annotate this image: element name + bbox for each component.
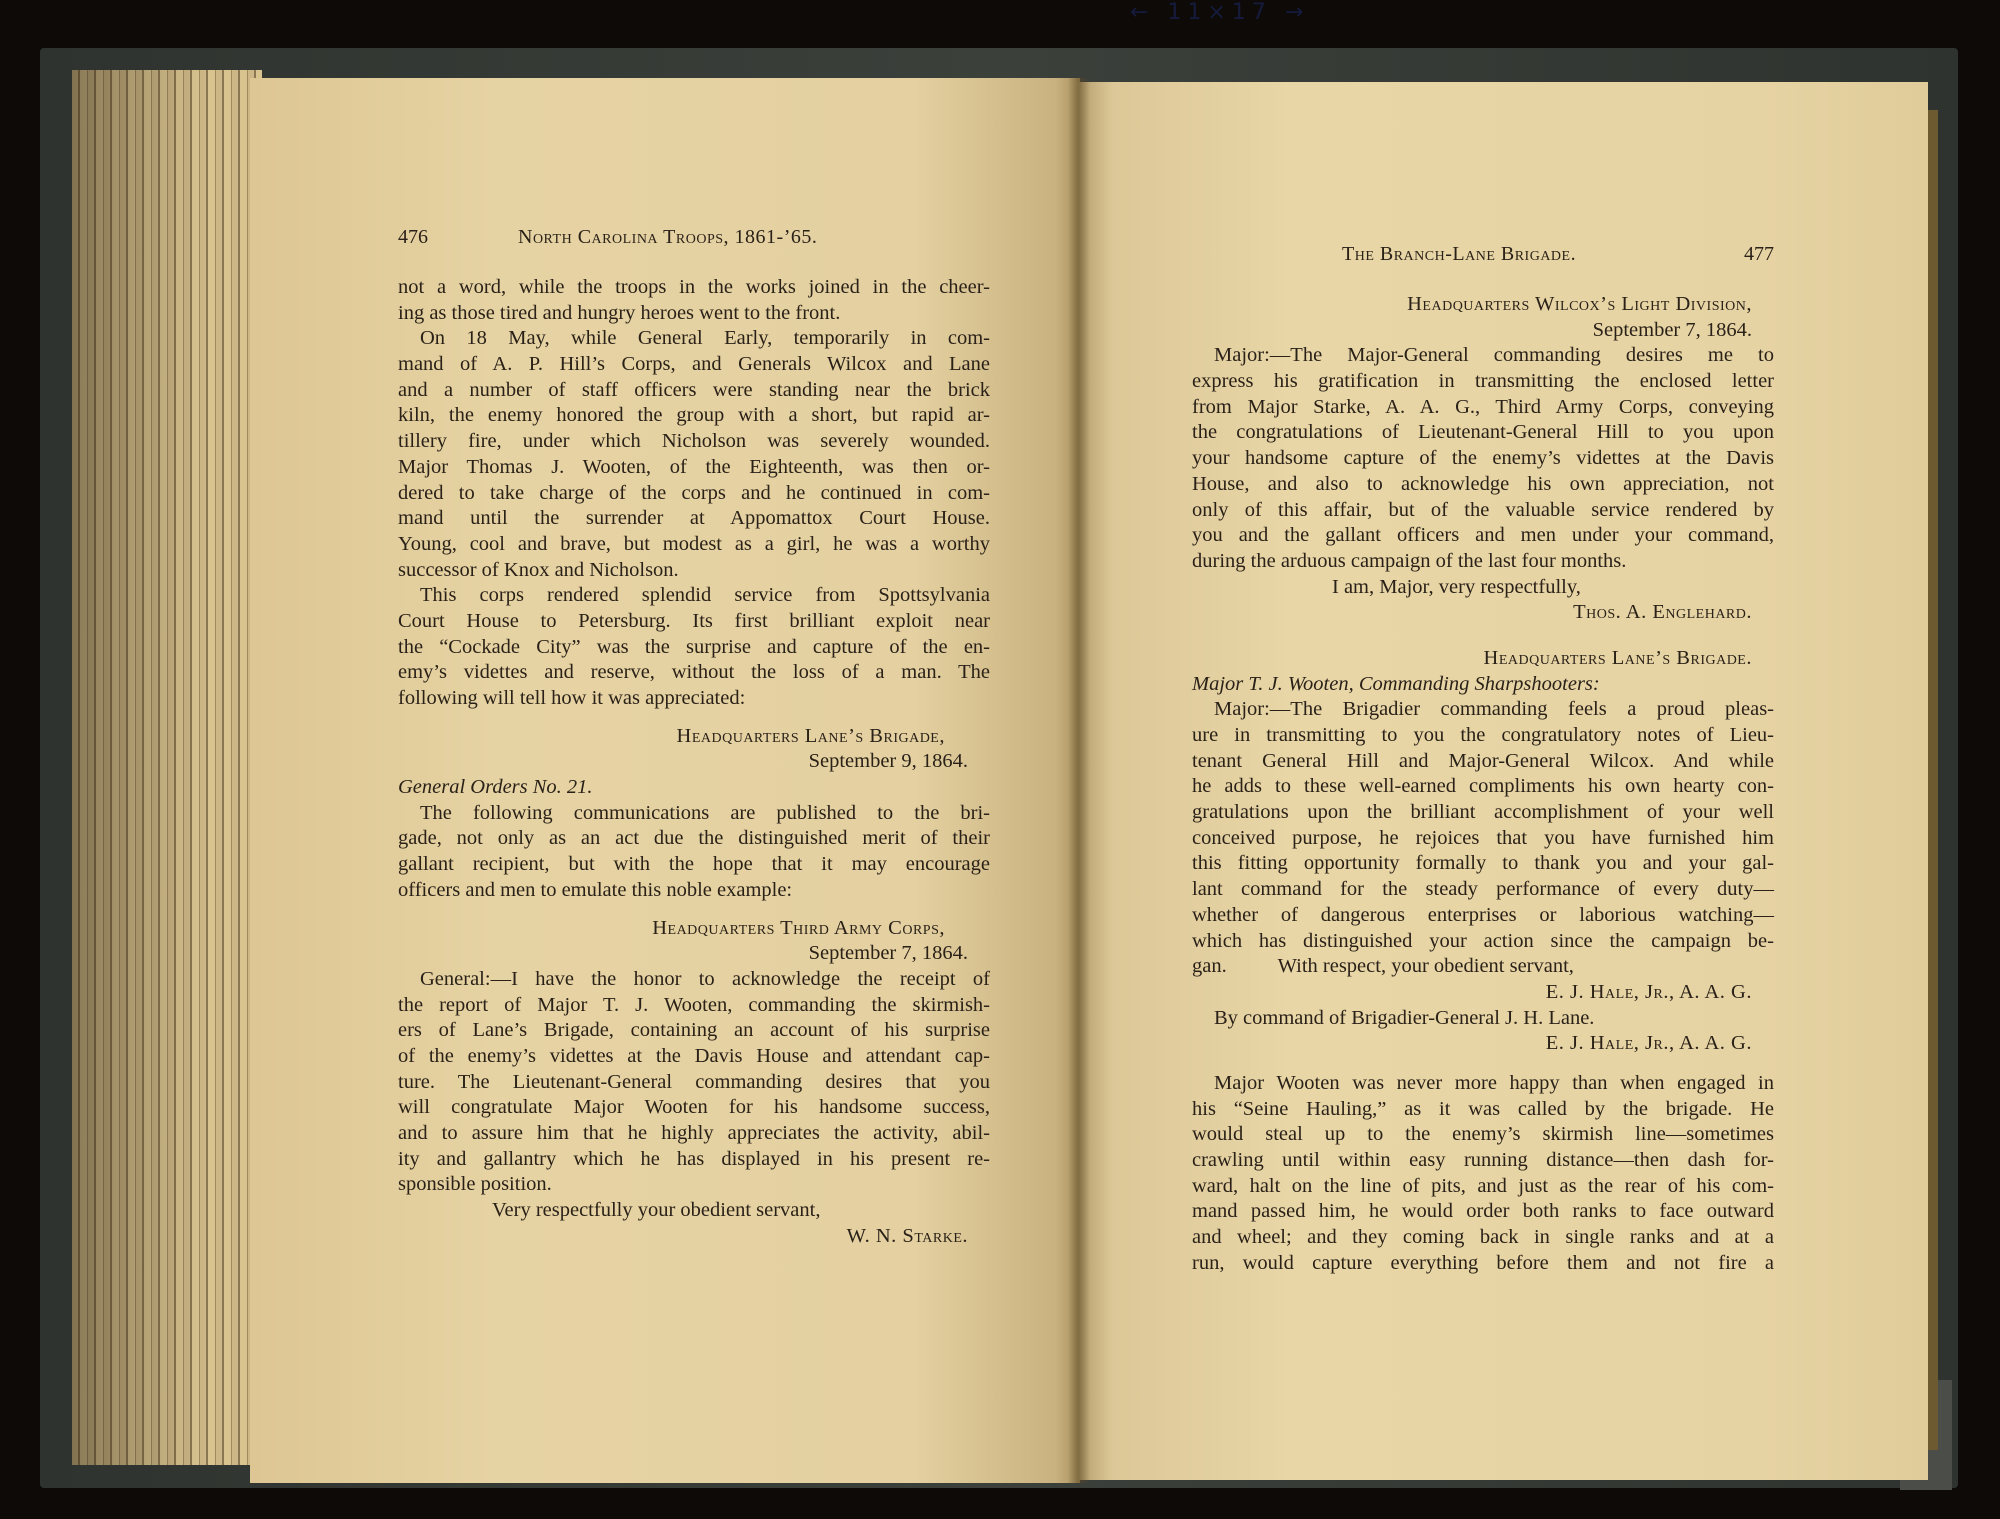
text-line: mand passed him, he would order both ran… — [1192, 1199, 1774, 1225]
text-line: gade, not only as an act due the disting… — [398, 826, 990, 852]
ruler-size-mark: ← 11×17 → — [1130, 0, 1610, 22]
text-line: and to assure him that he highly appreci… — [398, 1121, 990, 1147]
text-line: the “Cockade City” was the surprise and … — [398, 635, 990, 661]
text-line: from Major Starke, A. A. G., Third Army … — [1192, 395, 1774, 421]
running-head-title: The Branch-Lane Brigade. — [1192, 242, 1744, 268]
page-number: 476 — [398, 225, 428, 251]
signature: Thos. A. Englehard. — [1192, 600, 1774, 626]
text-line: the report of Major T. J. Wooten, comman… — [398, 993, 990, 1019]
running-head-title: North Carolina Troops, 1861-’65. — [428, 225, 990, 251]
text-line: express his gratification in transmittin… — [1192, 369, 1774, 395]
text-line: not a word, while the troops in the work… — [398, 275, 990, 301]
right-page-text: The Branch-Lane Brigade. 477 Headquarter… — [1192, 242, 1774, 1276]
letter-date: September 7, 1864. — [398, 941, 990, 967]
text-line: This corps rendered splendid service fro… — [398, 583, 990, 609]
text-line: dered to take charge of the corps and he… — [398, 481, 990, 507]
text-line: you and the gallant officers and men und… — [1192, 523, 1774, 549]
text-line: and a number of staff officers were stan… — [398, 378, 990, 404]
signature: E. J. Hale, Jr., A. A. G. — [1192, 980, 1774, 1006]
closing-line: I am, Major, very respectfully, — [1192, 575, 1774, 601]
letter-heading: Headquarters Lane’s Brigade, — [398, 724, 990, 750]
text-line: your handsome capture of the enemy’s vid… — [1192, 446, 1774, 472]
page-stack-shadow — [72, 70, 262, 1465]
text-line: his “Seine Hauling,” as it was called by… — [1192, 1097, 1774, 1123]
letter-heading: Headquarters Third Army Corps, — [398, 916, 990, 942]
text-line: would steal up to the enemy’s skirmish l… — [1192, 1122, 1774, 1148]
text-line: ers of Lane’s Brigade, containing an acc… — [398, 1018, 990, 1044]
text-line: On 18 May, while General Early, temporar… — [398, 326, 990, 352]
text-line: mand of A. P. Hill’s Corps, and Generals… — [398, 352, 990, 378]
book-gutter — [1068, 78, 1090, 1483]
letter-addressee: Major T. J. Wooten, Commanding Sharpshoo… — [1192, 672, 1774, 698]
text-line: which has distinguished your action sinc… — [1192, 929, 1774, 955]
orders-title: General Orders No. 21. — [398, 775, 990, 801]
letter-heading: Headquarters Lane’s Brigade. — [1192, 646, 1774, 672]
text-line: The following communications are publish… — [398, 801, 990, 827]
closing-line: Very respectfully your obedient servant, — [398, 1198, 990, 1224]
left-page-text: 476 North Carolina Troops, 1861-’65. not… — [398, 225, 990, 1249]
text-line: kiln, the enemy honored the group with a… — [398, 403, 990, 429]
text-line: conceived purpose, he rejoices that you … — [1192, 826, 1774, 852]
text-line: ing as those tired and hungry heroes wen… — [398, 301, 990, 327]
text-line: whether of dangerous enterprises or labo… — [1192, 903, 1774, 929]
text-line: and wheel; and they coming back in singl… — [1192, 1225, 1774, 1251]
text-line: gallant recipient, but with the hope tha… — [398, 852, 990, 878]
letter-date: September 9, 1864. — [398, 749, 990, 775]
right-running-head: The Branch-Lane Brigade. 477 — [1192, 242, 1774, 268]
text-line: House, and also to acknowledge his own a… — [1192, 472, 1774, 498]
text-line: he adds to these well-earned compliments… — [1192, 774, 1774, 800]
text-line: ward, halt on the line of pits, and just… — [1192, 1174, 1774, 1200]
signature: W. N. Starke. — [398, 1224, 990, 1250]
text-line: during the arduous campaign of the last … — [1192, 549, 1774, 575]
text-line: Major Wooten was never more happy than w… — [1192, 1071, 1774, 1097]
text-line: run, would capture everything before the… — [1192, 1251, 1774, 1277]
text-line: Court House to Petersburg. Its first bri… — [398, 609, 990, 635]
letter-date: September 7, 1864. — [1192, 318, 1774, 344]
text-line: officers and men to emulate this noble e… — [398, 878, 990, 904]
page-number: 477 — [1744, 242, 1774, 268]
text-line: Major:—The Brigadier commanding feels a … — [1192, 697, 1774, 723]
text-line: sponsible position. — [398, 1172, 990, 1198]
text-line: of the enemy’s videttes at the Davis Hou… — [398, 1044, 990, 1070]
text-line: gratulations upon the brilliant accompli… — [1192, 800, 1774, 826]
text-line: ity and gallantry which he has displayed… — [398, 1147, 990, 1173]
text-line: Young, cool and brave, but modest as a g… — [398, 532, 990, 558]
text-line: lant command for the steady performance … — [1192, 877, 1774, 903]
signature: E. J. Hale, Jr., A. A. G. — [1192, 1031, 1774, 1057]
text-line: this fitting opportunity formally to tha… — [1192, 851, 1774, 877]
left-running-head: 476 North Carolina Troops, 1861-’65. — [398, 225, 990, 251]
letter-heading: Headquarters Wilcox’s Light Division, — [1192, 292, 1774, 318]
text-line: will congratulate Major Wooten for his h… — [398, 1095, 990, 1121]
text-line: emy’s videttes and reserve, without the … — [398, 660, 990, 686]
text-line: successor of Knox and Nicholson. — [398, 558, 990, 584]
text-line: crawling until within easy running dista… — [1192, 1148, 1774, 1174]
text-line: Major:—The Major-General commanding desi… — [1192, 343, 1774, 369]
text-line: tillery fire, under which Nicholson was … — [398, 429, 990, 455]
text-line: the congratulations of Lieutenant-Genera… — [1192, 420, 1774, 446]
text-line: ture. The Lieutenant-General commanding … — [398, 1070, 990, 1096]
text-line: gan. With respect, your obedient servant… — [1192, 954, 1774, 980]
text-line: mand until the surrender at Appomattox C… — [398, 506, 990, 532]
text-line: tenant General Hill and Major-General Wi… — [1192, 749, 1774, 775]
text-line: ure in transmitting to you the congratul… — [1192, 723, 1774, 749]
text-line: Major Thomas J. Wooten, of the Eighteent… — [398, 455, 990, 481]
text-line: By command of Brigadier-General J. H. La… — [1192, 1006, 1774, 1032]
text-line: following will tell how it was appreciat… — [398, 686, 990, 712]
text-line: only of this affair, but of the valuable… — [1192, 498, 1774, 524]
text-line: General:—I have the honor to acknowledge… — [398, 967, 990, 993]
